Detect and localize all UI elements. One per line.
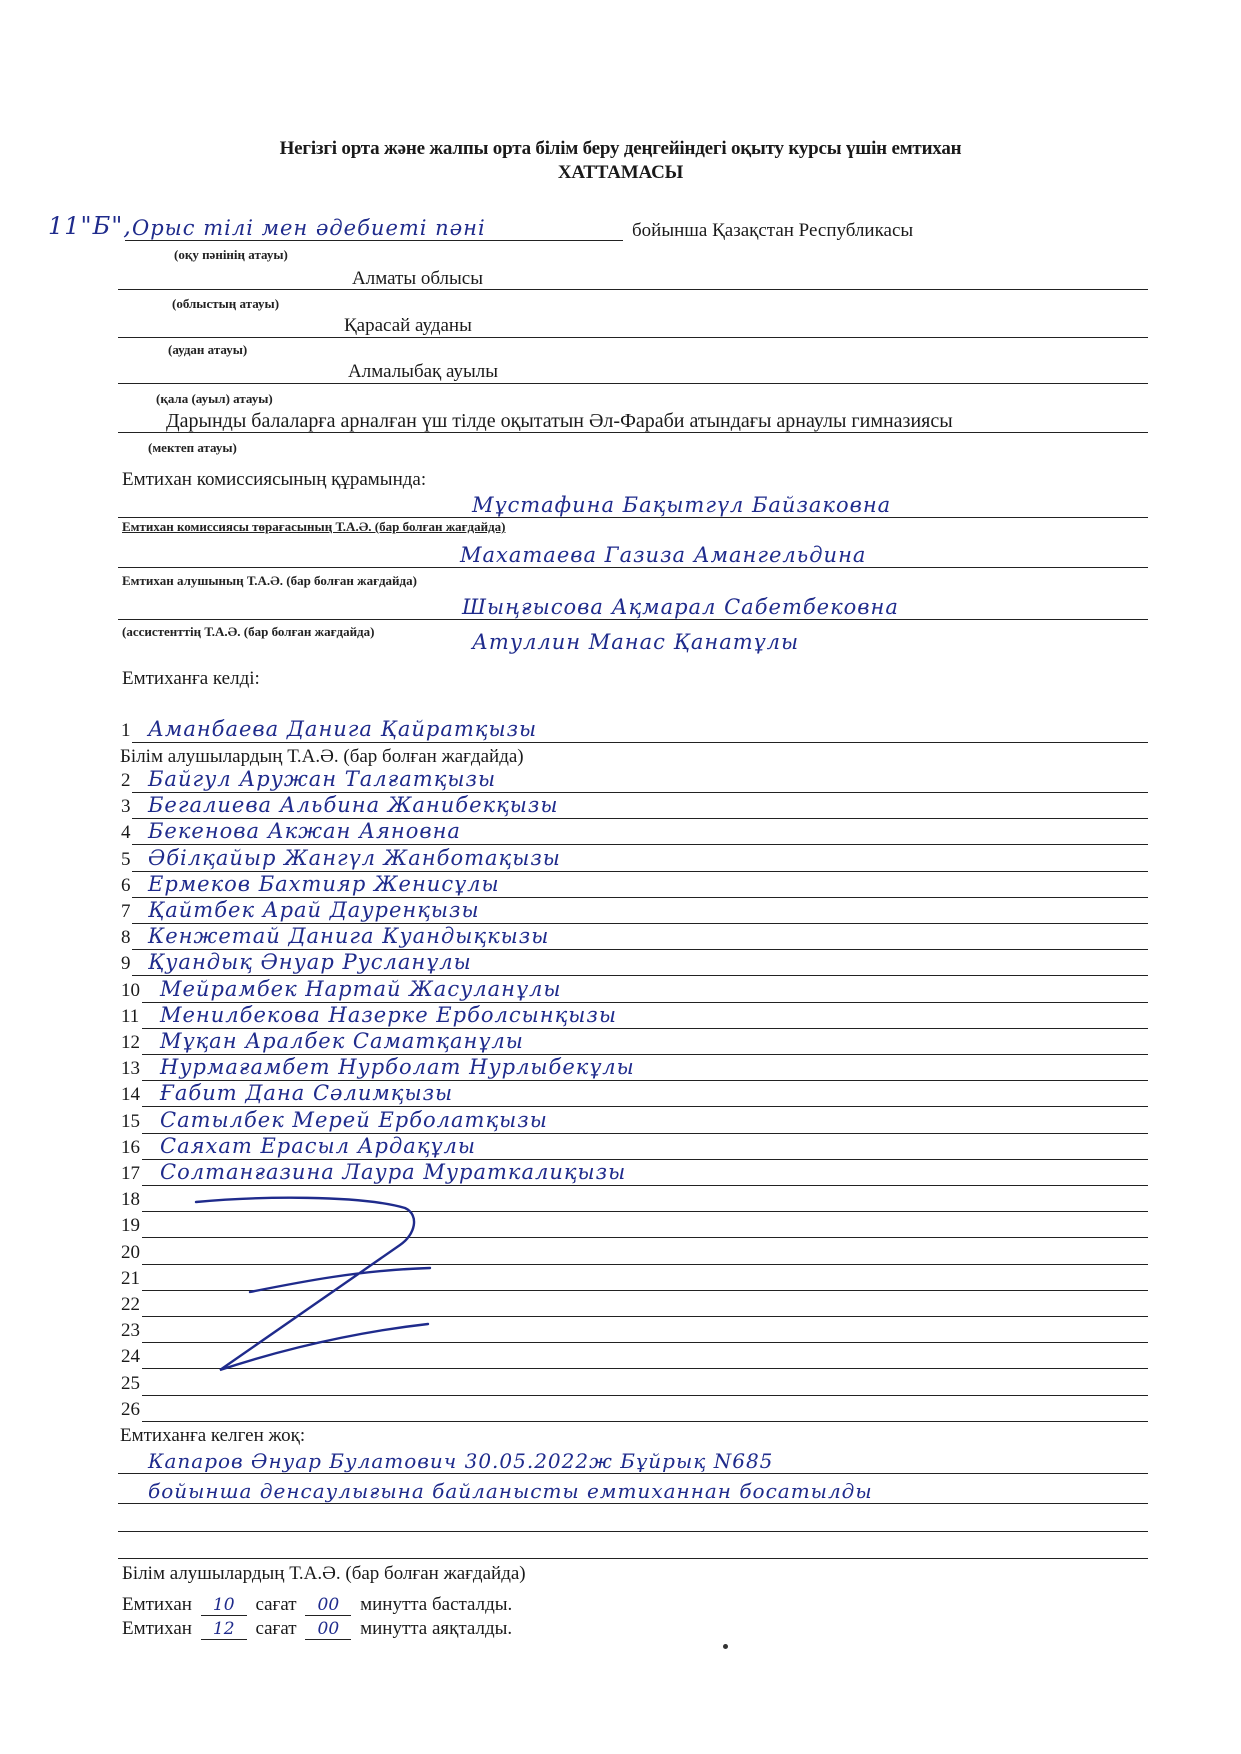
end-minute[interactable]: 00 bbox=[305, 1619, 351, 1640]
start-prefix: Емтихан bbox=[122, 1594, 192, 1615]
end-hour-word: сағат bbox=[255, 1618, 296, 1639]
end-hour[interactable]: 12 bbox=[201, 1619, 247, 1640]
absent-rule-2 bbox=[118, 1503, 1148, 1504]
start-hour-word: сағат bbox=[255, 1594, 296, 1615]
end-suffix: минутта аяқталды. bbox=[360, 1618, 512, 1639]
exam-start: Емтихан 10 сағат 00 минутта басталды. bbox=[122, 1594, 512, 1616]
absent-line-2[interactable]: бойынша денсаулығына байланысты емтиханн… bbox=[148, 1479, 873, 1503]
start-minute[interactable]: 00 bbox=[305, 1595, 351, 1616]
absent-caption: Білім алушылардың Т.А.Ә. (бар болған жағ… bbox=[122, 1563, 526, 1585]
absent-line-1[interactable]: Капаров Әнуар Булатович 30.05.2022ж Бұйр… bbox=[148, 1449, 773, 1473]
end-prefix: Емтихан bbox=[122, 1618, 192, 1639]
absent-rule-4 bbox=[118, 1558, 1148, 1559]
absent-rule-3 bbox=[118, 1531, 1148, 1532]
absent-heading: Емтиханға келген жоқ: bbox=[120, 1425, 305, 1447]
ink-dot bbox=[723, 1644, 728, 1649]
exam-end: Емтихан 12 сағат 00 минутта аяқталды. bbox=[122, 1618, 512, 1640]
start-suffix: минутта басталды. bbox=[360, 1594, 512, 1615]
start-hour[interactable]: 10 bbox=[201, 1595, 247, 1616]
absent-rule-1 bbox=[118, 1473, 1148, 1474]
